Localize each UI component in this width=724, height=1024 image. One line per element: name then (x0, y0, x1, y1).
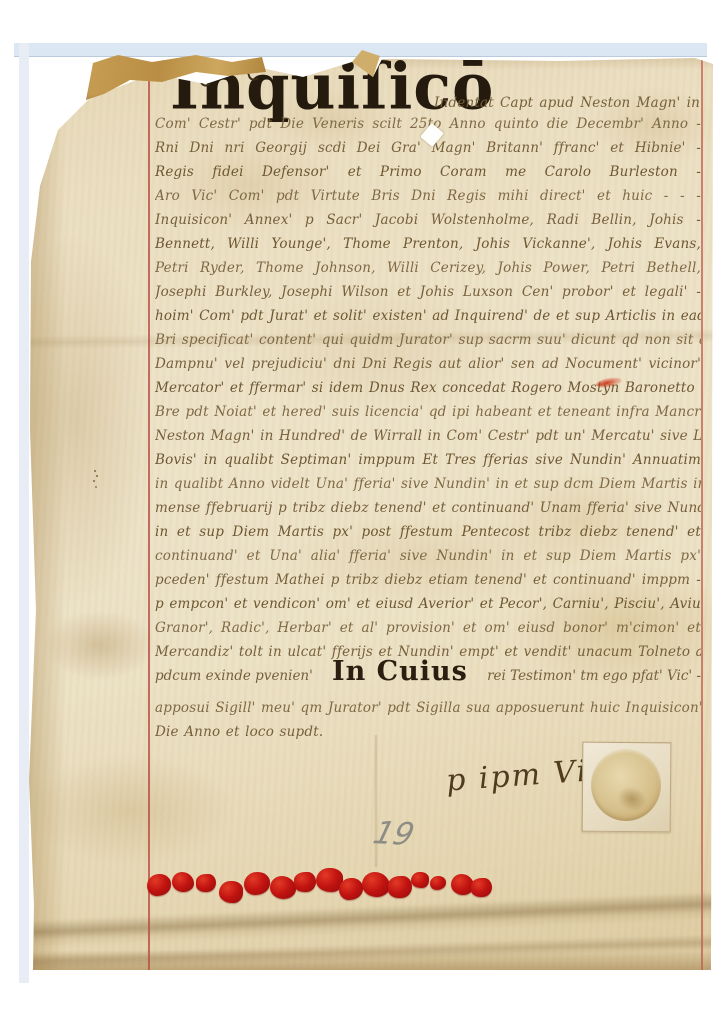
wax-seal (172, 872, 194, 892)
wax-seal (339, 878, 363, 900)
wax-seal (430, 876, 446, 890)
wax-seal (244, 872, 270, 895)
scanned-document-page: Inquiſicō Indentat Capt apud Neston Magn… (0, 0, 724, 1024)
wax-seal (196, 874, 216, 892)
wax-seal (219, 881, 243, 903)
wax-seal (388, 876, 412, 898)
wax-seal (362, 872, 390, 897)
pencil-speck (94, 470, 96, 472)
wax-seal (270, 876, 296, 899)
wax-seal (411, 872, 429, 888)
parchment-sheet: Inquiſicō Indentat Capt apud Neston Magn… (0, 0, 724, 1024)
wax-seal-row (0, 0, 724, 1024)
wax-seal (147, 874, 171, 896)
wax-seal (471, 878, 492, 897)
scan-strip-left (19, 43, 29, 983)
wax-seal (294, 872, 316, 892)
